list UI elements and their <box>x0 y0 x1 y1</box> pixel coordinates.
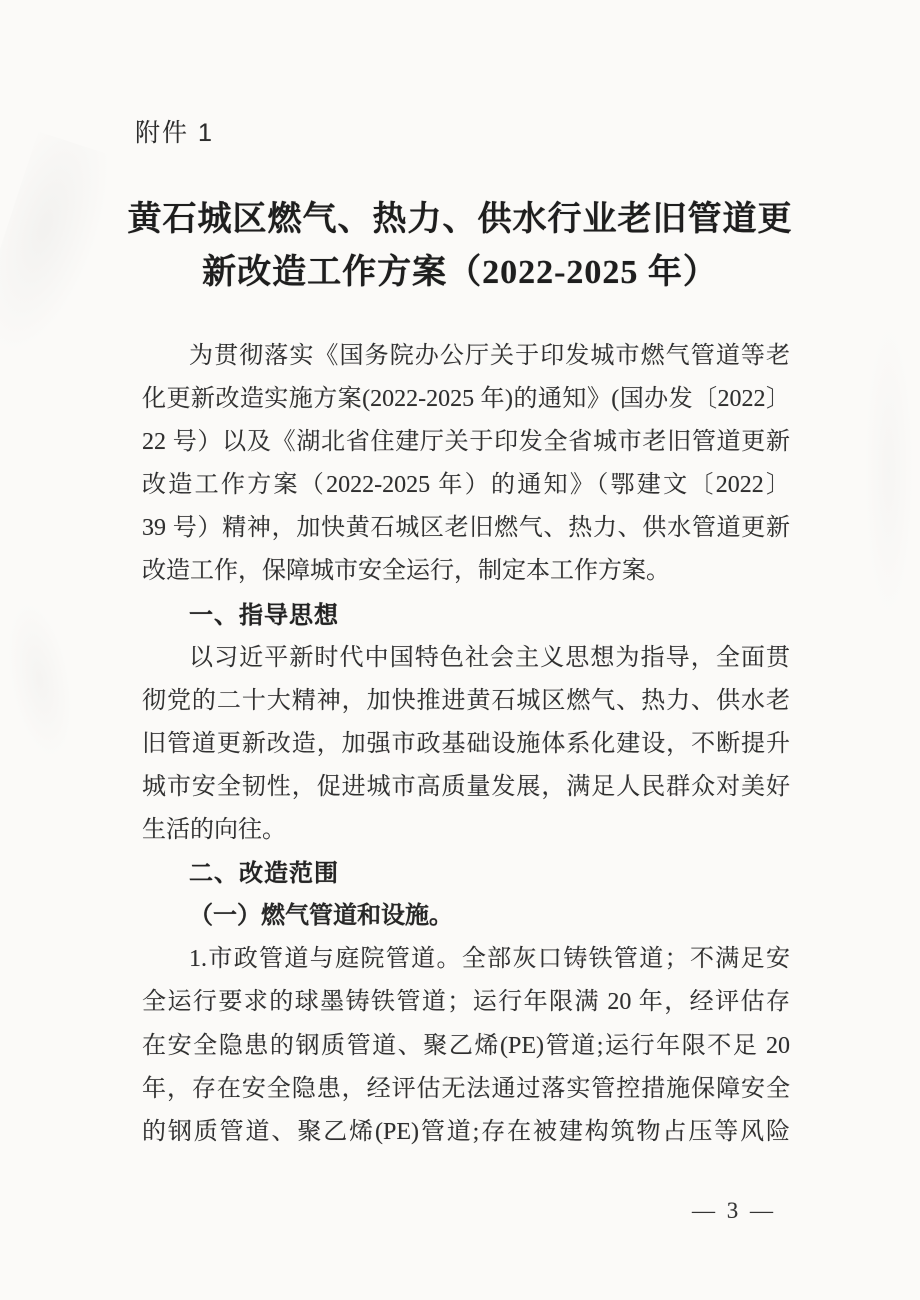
body-line: 1.市政管道与庭院管道。全部灰口铸铁管道；不满足安 <box>142 938 790 981</box>
document-body: 为贯彻落实《国务院办公厅关于印发城市燃气管道等老 化更新改造实施方案(2022-… <box>142 335 790 1154</box>
section-heading-renovation-scope: 二、改造范围 <box>142 852 790 895</box>
body-line: 化更新改造实施方案(2022-2025 年)的通知》(国办发〔2022〕 <box>142 378 790 421</box>
body-line: 以习近平新时代中国特色社会主义思想为指导，全面贯 <box>142 637 790 680</box>
body-line: 全运行要求的球墨铸铁管道；运行年限满 20 年，经评估存 <box>142 981 790 1024</box>
section-heading-guiding-ideology: 一、指导思想 <box>142 594 790 637</box>
body-line: 22 号）以及《湖北省住建厅关于印发全省城市老旧管道更新 <box>142 421 790 464</box>
attachment-label: 附件 1 <box>135 118 214 148</box>
body-line: 改造工作方案（2022-2025 年）的通知》（鄂建文〔2022〕 <box>142 464 790 507</box>
scan-smudge <box>0 596 83 764</box>
subsection-heading-gas-pipelines: （一）燃气管道和设施。 <box>142 895 790 938</box>
document-title: 黄石城区燃气、热力、供水行业老旧管道更 新改造工作方案（2022-2025 年） <box>95 193 825 299</box>
document-title-line-2: 新改造工作方案（2022-2025 年） <box>95 246 825 299</box>
body-line: 彻党的二十大精神，加快推进黄石城区燃气、热力、供水老 <box>142 680 790 723</box>
body-line: 为贯彻落实《国务院办公厅关于印发城市燃气管道等老 <box>142 335 790 378</box>
body-line: 旧管道更新改造，加强市政基础设施体系化建设，不断提升 <box>142 723 790 766</box>
body-line: 城市安全韧性，促进城市高质量发展，满足人民群众对美好 <box>142 766 790 809</box>
body-line: 在安全隐患的钢质管道、聚乙烯(PE)管道;运行年限不足 20 <box>142 1025 790 1068</box>
body-line: 39 号）精神，加快黄石城区老旧燃气、热力、供水管道更新 <box>142 507 790 550</box>
scan-smudge <box>864 320 914 620</box>
body-line: 改造工作，保障城市安全运行，制定本工作方案。 <box>142 550 790 593</box>
document-title-line-1: 黄石城区燃气、热力、供水行业老旧管道更 <box>95 193 825 246</box>
body-line: 年，存在安全隐患，经评估无法通过落实管控措施保障安全 <box>142 1068 790 1111</box>
page-number: — 3 — <box>692 1198 776 1224</box>
body-line: 的钢质管道、聚乙烯(PE)管道;存在被建构筑物占压等风险 <box>142 1111 790 1154</box>
scanned-document-page: 附件 1 黄石城区燃气、热力、供水行业老旧管道更 新改造工作方案（2022-20… <box>0 0 920 1300</box>
body-line: 生活的向往。 <box>142 809 790 852</box>
